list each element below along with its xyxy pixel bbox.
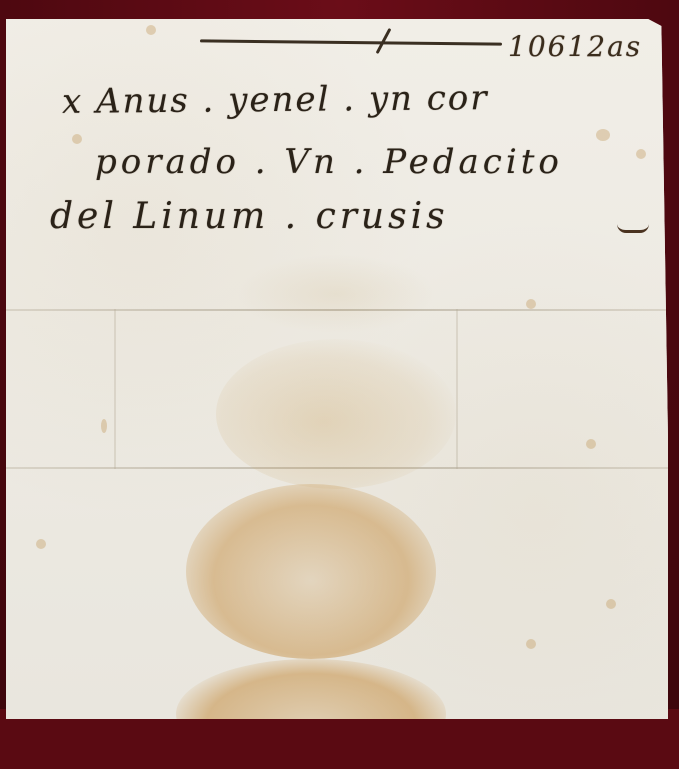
wax-seal-stain [176,659,446,709]
foxing-spot [636,149,646,159]
foxing-spot [526,299,536,309]
wax-seal-stain [186,484,436,659]
wax-seal-stain [236,254,436,334]
foxing-spot [586,439,596,449]
foxing-spot [101,419,107,433]
manuscript-line-2: porado . Vn . Pedacito [95,142,563,182]
manuscript-line-1: x Anus . yenel . yn cor [62,78,489,122]
foxing-spot [72,134,82,144]
foxing-spot [36,539,46,549]
vertical-fold-line [114,309,116,469]
foxing-spot [146,25,156,35]
wax-seal-stain [216,339,456,489]
manuscript-paper [6,19,668,709]
manuscript-line-3: del Linum . crusis [50,196,449,237]
foxing-spot [596,129,610,141]
line-end-flourish [617,224,649,233]
reference-number: 10612as [508,30,642,63]
foxing-spot [526,639,536,649]
foxing-spot [606,599,616,609]
vertical-fold-line [456,309,458,469]
